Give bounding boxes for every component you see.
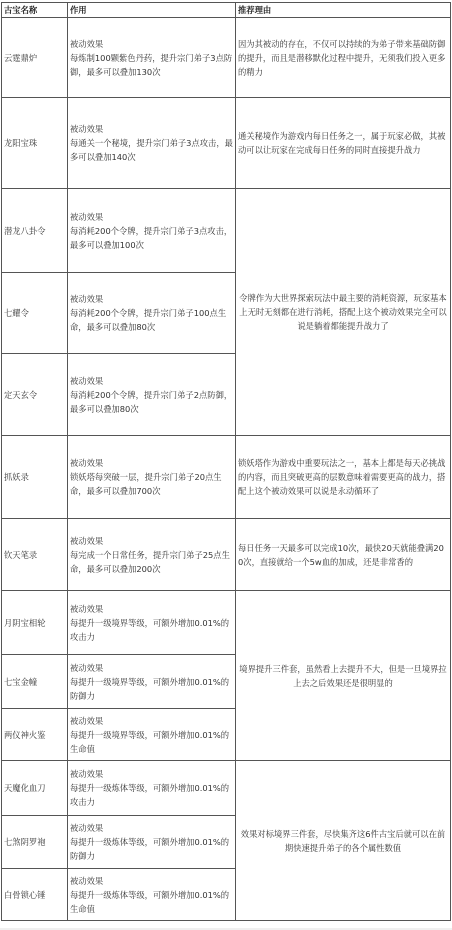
- treasure-name: 七耀令: [2, 273, 68, 354]
- effect-title: 被动效果: [70, 821, 233, 835]
- effect-title: 被动效果: [70, 767, 233, 781]
- table-header-row: 古宝名称 作用 推荐理由: [2, 3, 451, 18]
- treasure-name: 钦天笔录: [2, 519, 68, 591]
- effect-title: 被动效果: [70, 874, 233, 888]
- table-row: 潜龙八卦令被动效果每消耗200个令牌，提升宗门弟子3点攻击，最多可以叠加100次…: [2, 189, 451, 273]
- effect-description: 每提升一级炼体等级，可额外增加0.01%的攻击力: [70, 781, 233, 809]
- effect-description: 锁妖塔每突破一层，提升宗门弟子20点生命，最多可以叠加700次: [70, 470, 233, 498]
- effect-title: 被动效果: [70, 661, 233, 675]
- effect-title: 被动效果: [70, 714, 233, 728]
- treasure-name: 月阴宝相轮: [2, 591, 68, 655]
- effect-description: 每提升一级境界等级，可额外增加0.01%的攻击力: [70, 616, 233, 644]
- effect-title: 被动效果: [70, 602, 233, 616]
- treasure-name: 天魔化血刀: [2, 761, 68, 816]
- treasure-name: 云霆鼎炉: [2, 18, 68, 98]
- treasure-name: 抓妖录: [2, 436, 68, 519]
- treasure-effect: 被动效果每通关一个秘境，提升宗门弟子3点攻击，最多可以叠加140次: [68, 98, 236, 189]
- effect-title: 被动效果: [70, 210, 233, 224]
- treasure-name: 七煞阴罗袍: [2, 816, 68, 869]
- recommend-reason: 锁妖塔作为游戏中重要玩法之一，基本上都是每天必挑战的内容，而且突破更高的层数意味…: [236, 436, 451, 519]
- treasure-effect: 被动效果每提升一级炼体等级，可额外增加0.01%的攻击力: [68, 761, 236, 816]
- effect-title: 被动效果: [70, 534, 233, 548]
- table-row: 天魔化血刀被动效果每提升一级炼体等级，可额外增加0.01%的攻击力效果对标境界三…: [2, 761, 451, 816]
- effect-description: 每消耗200个令牌，提升宗门弟子100点生命，最多可以叠加80次: [70, 306, 233, 334]
- effect-title: 被动效果: [70, 292, 233, 306]
- treasure-effect: 被动效果每炼制100颗紫色丹药，提升宗门弟子3点防御，最多可以叠加130次: [68, 18, 236, 98]
- treasure-name: 七宝金幢: [2, 655, 68, 709]
- effect-title: 被动效果: [70, 374, 233, 388]
- treasure-table: 古宝名称 作用 推荐理由 云霆鼎炉被动效果每炼制100颗紫色丹药，提升宗门弟子3…: [1, 2, 451, 921]
- treasure-name: 龙阳宝珠: [2, 98, 68, 189]
- treasure-effect: 被动效果每提升一级境界等级，可额外增加0.01%的生命值: [68, 709, 236, 761]
- treasure-name: 两仪神火鉴: [2, 709, 68, 761]
- effect-description: 每提升一级境界等级，可额外增加0.01%的生命值: [70, 728, 233, 756]
- effect-title: 被动效果: [70, 122, 233, 136]
- effect-description: 每通关一个秘境，提升宗门弟子3点攻击，最多可以叠加140次: [70, 136, 233, 164]
- effect-description: 每消耗200个令牌，提升宗门弟子3点攻击，最多可以叠加100次: [70, 224, 233, 252]
- table-row: 钦天笔录被动效果每完成一个日常任务，提升宗门弟子25点生命，最多可以叠加200次…: [2, 519, 451, 591]
- effect-title: 被动效果: [70, 37, 233, 51]
- table-row: 云霆鼎炉被动效果每炼制100颗紫色丹药，提升宗门弟子3点防御，最多可以叠加130…: [2, 18, 451, 98]
- header-effect: 作用: [68, 3, 236, 18]
- recommend-reason: 令牌作为大世界探索玩法中最主要的消耗资源，玩家基本上无时无刻都在进行消耗，搭配上…: [236, 189, 451, 436]
- effect-description: 每消耗200个令牌，提升宗门弟子2点防御，最多可以叠加80次: [70, 388, 233, 416]
- header-name: 古宝名称: [2, 3, 68, 18]
- treasure-effect: 被动效果每消耗200个令牌，提升宗门弟子100点生命，最多可以叠加80次: [68, 273, 236, 354]
- recommend-reason: 境界提升三件套，虽然看上去提升不大，但是一旦境界拉上去之后效果还是很明显的: [236, 591, 451, 761]
- table-row: 月阴宝相轮被动效果每提升一级境界等级，可额外增加0.01%的攻击力境界提升三件套…: [2, 591, 451, 655]
- table-row: 龙阳宝珠被动效果每通关一个秘境，提升宗门弟子3点攻击，最多可以叠加140次通关秘…: [2, 98, 451, 189]
- treasure-effect: 被动效果锁妖塔每突破一层，提升宗门弟子20点生命，最多可以叠加700次: [68, 436, 236, 519]
- treasure-effect: 被动效果每提升一级炼体等级，可额外增加0.01%的防御力: [68, 816, 236, 869]
- effect-description: 每提升一级炼体等级，可额外增加0.01%的生命值: [70, 888, 233, 916]
- treasure-name: 定天玄令: [2, 354, 68, 436]
- effect-description: 每提升一级炼体等级，可额外增加0.01%的防御力: [70, 835, 233, 863]
- treasure-effect: 被动效果每消耗200个令牌，提升宗门弟子2点防御，最多可以叠加80次: [68, 354, 236, 436]
- header-reason: 推荐理由: [236, 3, 451, 18]
- effect-description: 每完成一个日常任务，提升宗门弟子25点生命，最多可以叠加200次: [70, 548, 233, 576]
- treasure-effect: 被动效果每消耗200个令牌，提升宗门弟子3点攻击，最多可以叠加100次: [68, 189, 236, 273]
- treasure-effect: 被动效果每提升一级炼体等级，可额外增加0.01%的生命值: [68, 869, 236, 921]
- effect-description: 每炼制100颗紫色丹药，提升宗门弟子3点防御，最多可以叠加130次: [70, 51, 233, 79]
- treasure-name: 白骨锁心锤: [2, 869, 68, 921]
- recommend-reason: 效果对标境界三件套，尽快集齐这6件古宝后就可以在前期快速提升弟子的各个属性数值: [236, 761, 451, 921]
- effect-title: 被动效果: [70, 456, 233, 470]
- treasure-effect: 被动效果每完成一个日常任务，提升宗门弟子25点生命，最多可以叠加200次: [68, 519, 236, 591]
- recommend-reason: 每日任务一天最多可以完成10次，最快20天就能叠满200次，直接就给一个5w血的…: [236, 519, 451, 591]
- table-row: 抓妖录被动效果锁妖塔每突破一层，提升宗门弟子20点生命，最多可以叠加700次锁妖…: [2, 436, 451, 519]
- treasure-name: 潜龙八卦令: [2, 189, 68, 273]
- effect-description: 每提升一级境界等级，可额外增加0.01%的防御力: [70, 675, 233, 703]
- recommend-reason: 因为其被动的存在，不仅可以持续的为弟子带来基础防御的提升，而且是潜移默化过程中提…: [236, 18, 451, 98]
- recommend-reason: 通关秘境作为游戏内每日任务之一，属于玩家必做，其被动可以让玩家在完成每日任务的同…: [236, 98, 451, 189]
- treasure-effect: 被动效果每提升一级境界等级，可额外增加0.01%的防御力: [68, 655, 236, 709]
- treasure-effect: 被动效果每提升一级境界等级，可额外增加0.01%的攻击力: [68, 591, 236, 655]
